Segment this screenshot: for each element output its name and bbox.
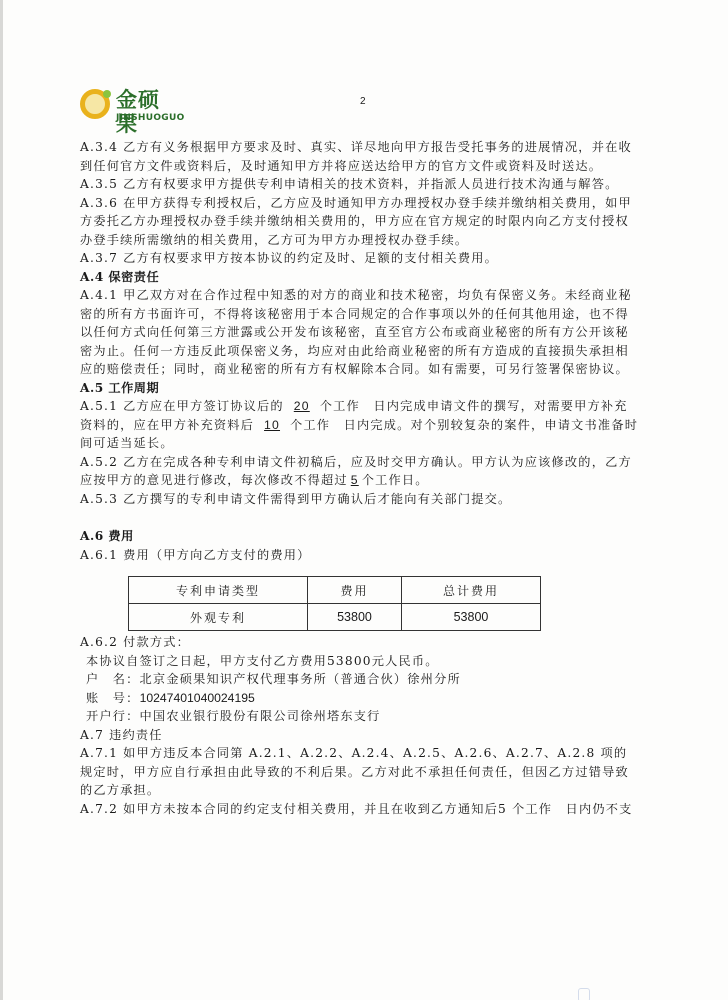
a52-days: 5 [348, 473, 362, 487]
section-title-a7: A.7 违约责任 [80, 726, 640, 745]
clause-a53: A.5.3 乙方撰写的专利申请文件需得到甲方确认后才能向有关部门提交。 [80, 490, 640, 509]
account-number: 10247401040024195 [140, 691, 255, 705]
clause-a36: A.3.6 在甲方获得专利授权后，乙方应及时通知甲方办理授权办登手续并缴纳相关费… [80, 194, 640, 250]
table-row: 外观专利 53800 53800 [129, 604, 541, 631]
page-number: 2 [360, 96, 366, 107]
bank-name: 开户行：中国农业银行股份有限公司徐州塔东支行 [80, 707, 640, 726]
a51-text-1: A.5.1 乙方应在甲方签订协议后的 [80, 399, 284, 413]
section-title-a4: A.4 保密责任 [80, 268, 640, 287]
account-name: 户 名：北京金硕果知识产权代理事务所（普通合伙）徐州分所 [80, 670, 640, 689]
document-body-continued: A.6.2 付款方式： 本协议自签订之日起，甲方支付乙方费用53800元人民币。… [80, 633, 640, 818]
document-body: A.3.4 乙方有义务根据甲方要求及时、真实、详尽地向甲方报告受托事务的进展情况… [80, 138, 640, 564]
table-header-row: 专利申请类型 费用 总计费用 [129, 577, 541, 604]
cell-patent-type: 外观专利 [129, 604, 308, 631]
clause-a34: A.3.4 乙方有义务根据甲方要求及时、真实、详尽地向甲方报告受托事务的进展情况… [80, 138, 640, 175]
company-logo: 金硕果 JINSHUOGUO [80, 88, 180, 126]
scan-edge [0, 0, 3, 1000]
fee-table: 专利申请类型 费用 总计费用 外观专利 53800 53800 [128, 576, 541, 631]
clause-a72: A.7.2 如甲方未按本合同的约定支付相关费用，并且在收到乙方通知后5 个工作 … [80, 800, 640, 819]
cell-total-fee: 53800 [402, 604, 541, 631]
clause-a35: A.3.5 乙方有权要求甲方提供专利申请相关的技术资料，并指派人员进行技术沟通与… [80, 175, 640, 194]
clause-a71: A.7.1 如甲方违反本合同第 A.2.1、A.2.2、A.2.4、A.2.5、… [80, 744, 640, 800]
account-number-line: 账 号：10247401040024195 [80, 689, 640, 708]
account-number-label: 账 号： [86, 691, 140, 705]
logo-english-name: JINSHUOGUO [116, 113, 185, 123]
clause-a62-title: A.6.2 付款方式： [80, 633, 640, 652]
stamp-mark [578, 988, 590, 1000]
clause-a61: A.6.1 费用（甲方向乙方支付的费用） [80, 546, 640, 565]
section-title-a6: A.6 费用 [80, 527, 640, 546]
clause-a37: A.3.7 乙方有权要求甲方按本协议的约定及时、足额的支付相关费用。 [80, 249, 640, 268]
a51-days-supplement: 10 [254, 418, 290, 432]
payment-line: 本协议自签订之日起，甲方支付乙方费用53800元人民币。 [80, 652, 640, 671]
a51-days-writing: 20 [284, 399, 320, 413]
logo-ring-icon [80, 89, 110, 119]
header-fee: 费用 [308, 577, 402, 604]
header-total-fee: 总计费用 [402, 577, 541, 604]
logo-chinese-name: 金硕果 [116, 88, 180, 136]
section-title-a5: A.5 工作周期 [80, 379, 640, 398]
a52-text-2: 个工作日。 [362, 473, 429, 487]
clause-a52: A.5.2 乙方在完成各种专利申请文件初稿后，应及时交甲方确认。甲方认为应该修改… [80, 453, 640, 490]
header-patent-type: 专利申请类型 [129, 577, 308, 604]
clause-a51: A.5.1 乙方应在甲方签订协议后的20个工作 日内完成申请文件的撰写，对需要甲… [80, 397, 640, 453]
cell-fee: 53800 [308, 604, 402, 631]
clause-a41: A.4.1 甲乙双方对在合作过程中知悉的对方的商业和技术秘密，均负有保密义务。未… [80, 286, 640, 379]
